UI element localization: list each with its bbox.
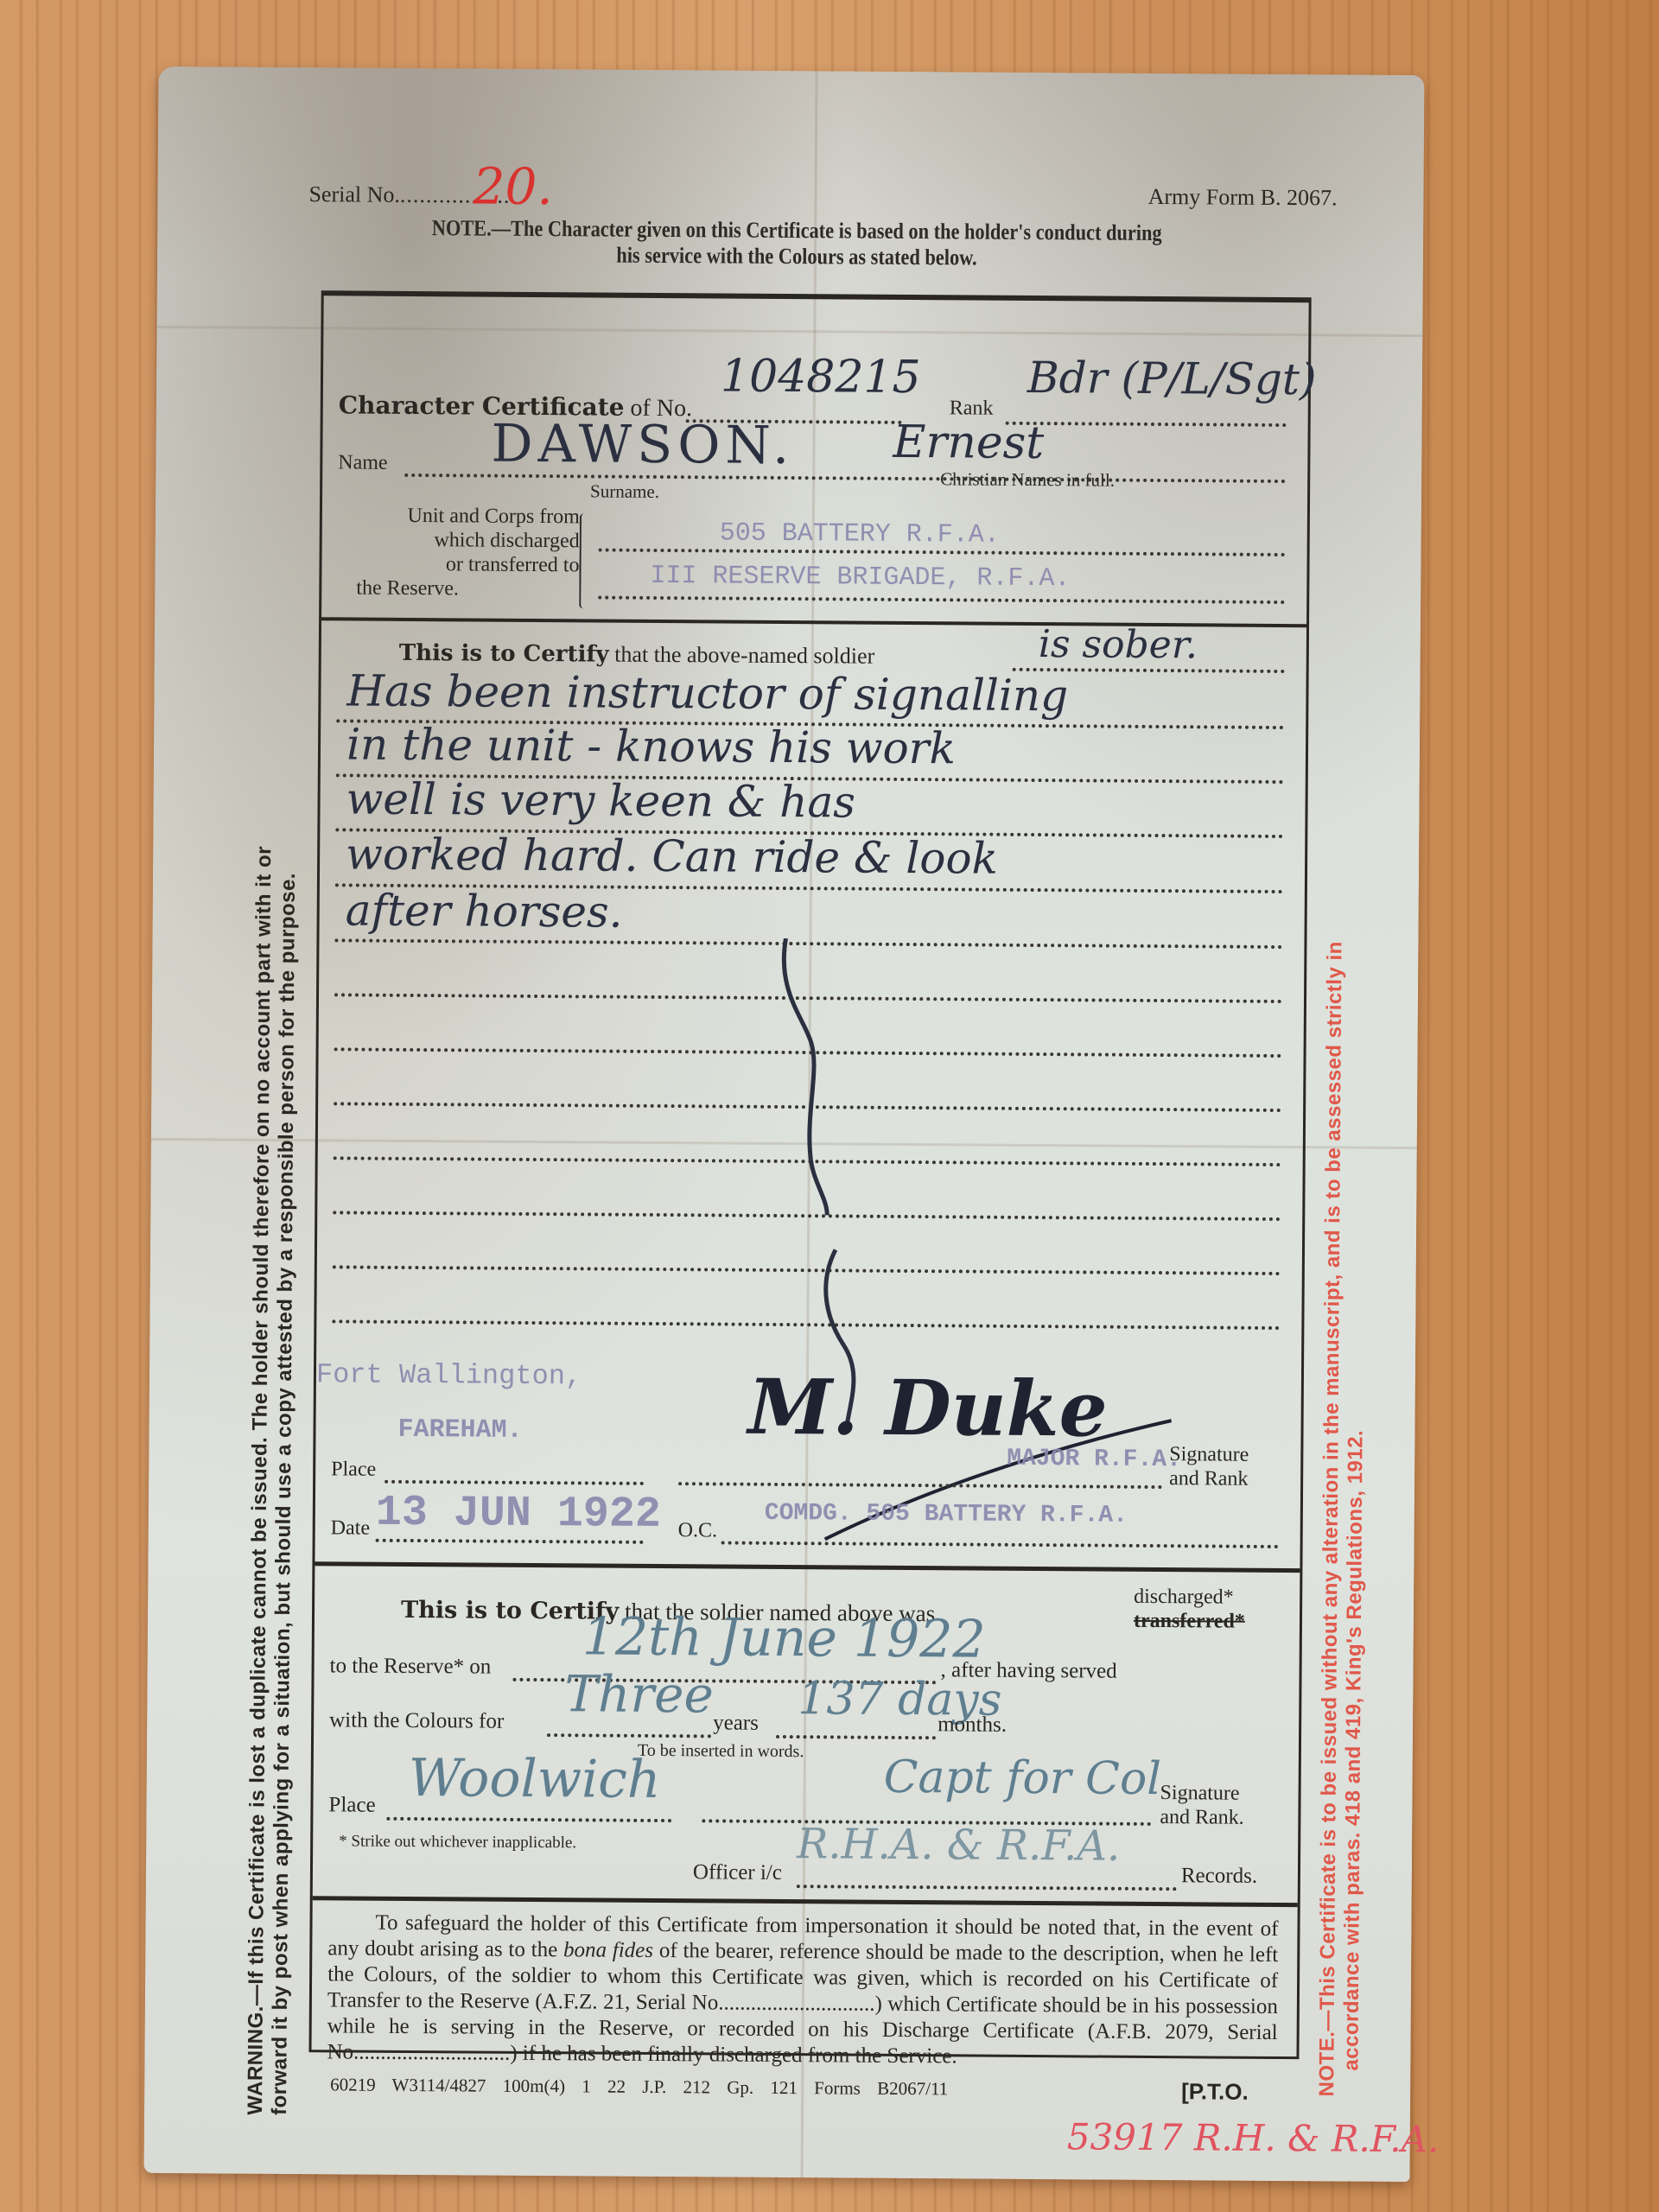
- date-field-line: [376, 1539, 644, 1544]
- form-id: Army Form B. 2067.: [1148, 184, 1338, 212]
- date-label: Date: [331, 1516, 370, 1540]
- place-label: Place: [331, 1458, 376, 1481]
- officer-label: Officer i/c: [693, 1860, 782, 1885]
- oc-label: O.C.: [678, 1519, 718, 1542]
- place-stamp-2: FAREHAM.: [397, 1415, 522, 1446]
- certificate-box: Character Certificate of No. 1048215 Ran…: [308, 290, 1311, 2059]
- certificate-paper: Serial No................... 20. Army Fo…: [144, 67, 1425, 2182]
- certify-rest: that the above-named soldier: [614, 642, 874, 669]
- officer-field-line: [797, 1885, 1177, 1891]
- rank-field-line: [1006, 422, 1287, 427]
- rank-stamp-1: MAJOR R.F.A.: [1007, 1446, 1181, 1473]
- soldier-number: 1048215: [721, 350, 921, 404]
- section-divider: [313, 1896, 1298, 1907]
- date-stamp: 13 JUN 1922: [376, 1489, 661, 1540]
- colours-label: with the Colours for: [329, 1708, 504, 1733]
- character-text-4: worked hard. Can ride & look: [346, 829, 998, 883]
- christian-caption: Christian Names in full.: [940, 468, 1115, 491]
- years-label: years: [713, 1711, 759, 1735]
- inserted-caption: To be inserted in words.: [638, 1741, 804, 1762]
- option-transferred: transferred*: [1134, 1609, 1245, 1634]
- years-value: Three: [564, 1664, 714, 1724]
- name-label: Name: [338, 451, 387, 474]
- pto-label: [P.T.O.: [1181, 2078, 1249, 2106]
- safeguard-paragraph: To safeguard the holder of this Certific…: [327, 1910, 1278, 2072]
- place-stamp-1: Fort Wallington,: [316, 1358, 582, 1392]
- unit-stamp-1: 505 BATTERY R.F.A.: [720, 518, 1000, 550]
- character-text-1: Has been instructor of signalling: [346, 665, 1068, 721]
- discharge-options: discharged* transferred*: [1134, 1585, 1245, 1634]
- oc-field-line: [721, 1541, 1279, 1549]
- section-divider: [315, 1561, 1300, 1573]
- rank-value: Bdr (P/L/Sgt): [1027, 353, 1317, 404]
- unit-stamp-2: III RESERVE BRIGADE, R.F.A.: [650, 562, 1070, 594]
- print-codes: 60219 W3114/4827 100m(4) 1 22 J.P. 212 G…: [330, 2074, 948, 2100]
- signature-rank-label: Signature and Rank: [1169, 1442, 1249, 1491]
- place-field-line: [385, 1480, 644, 1485]
- character-text-2: in the unit - knows his work: [346, 719, 956, 773]
- rank-label: and Rank.: [1160, 1805, 1244, 1830]
- certify-line: This is to Certify that the above-named …: [399, 640, 875, 670]
- certify-gothic: This is to Certify: [399, 640, 609, 668]
- surname-value: DAWSON.: [491, 414, 794, 476]
- discharge-place-line: [386, 1817, 671, 1822]
- unit-label: Unit and Corps from which discharged or …: [337, 503, 580, 601]
- years-field-line: [547, 1733, 711, 1738]
- note-top: NOTE.—The Character given on this Certif…: [425, 215, 1168, 272]
- serial-label: Serial No.: [308, 181, 400, 207]
- left-margin-warning: WARNING.—If this Certificate is lost a d…: [244, 301, 305, 2115]
- unit-label-line: Unit and Corps from: [338, 503, 580, 529]
- discharge-signature-rank-label: Signature and Rank.: [1160, 1781, 1244, 1830]
- brace: [579, 513, 588, 608]
- unit-field-line-2: [598, 595, 1285, 604]
- character-text-3: well is very keen & has: [346, 773, 855, 827]
- signature-label: Signature: [1160, 1781, 1245, 1806]
- unit-label-line: the Reserve.: [337, 575, 579, 601]
- discharge-place-label: Place: [328, 1793, 375, 1817]
- strike-note: * Strike out whichever inapplicable.: [339, 1832, 576, 1853]
- reserve-label: to the Reserve* on: [330, 1654, 492, 1679]
- discharge-date-value: 12th June 1922: [582, 1606, 986, 1669]
- discharge-serial-red: 53917 R.H. & R.F.A.: [1067, 2115, 1440, 2160]
- months-field-line: [776, 1735, 936, 1739]
- character-text-5: after horses.: [346, 885, 623, 937]
- serial-number: Serial No................... 20.: [308, 181, 517, 209]
- records-label: Records.: [1181, 1864, 1257, 1889]
- right-margin-note: NOTE.—This Certificate is to be issued w…: [1315, 368, 1376, 2096]
- christian-name-value: Ernest: [893, 416, 1044, 469]
- surname-caption: Surname.: [590, 480, 659, 503]
- closing-line-mark: [766, 938, 873, 1423]
- discharge-place-value: Woolwich: [408, 1748, 660, 1810]
- rank-stamp-2: COMDG. 505 BATTERY R.F.A.: [765, 1500, 1128, 1529]
- option-discharged: discharged*: [1134, 1585, 1245, 1610]
- months-label: months.: [938, 1713, 1007, 1738]
- officer-value: R.H.A. & R.F.A.: [797, 1820, 1120, 1871]
- rank-label: and Rank: [1169, 1466, 1249, 1491]
- discharge-signature-value: Capt for Col: [884, 1751, 1162, 1805]
- paragraph-italic: bona fides: [563, 1938, 653, 1962]
- serial-value: 20.: [473, 156, 553, 216]
- name-field-line: [404, 474, 1286, 483]
- signature-label: Signature: [1169, 1442, 1249, 1467]
- character-text-0: is sober.: [1039, 622, 1198, 667]
- unit-label-line: which discharged: [338, 527, 580, 553]
- unit-label-line: or transferred to: [337, 551, 579, 577]
